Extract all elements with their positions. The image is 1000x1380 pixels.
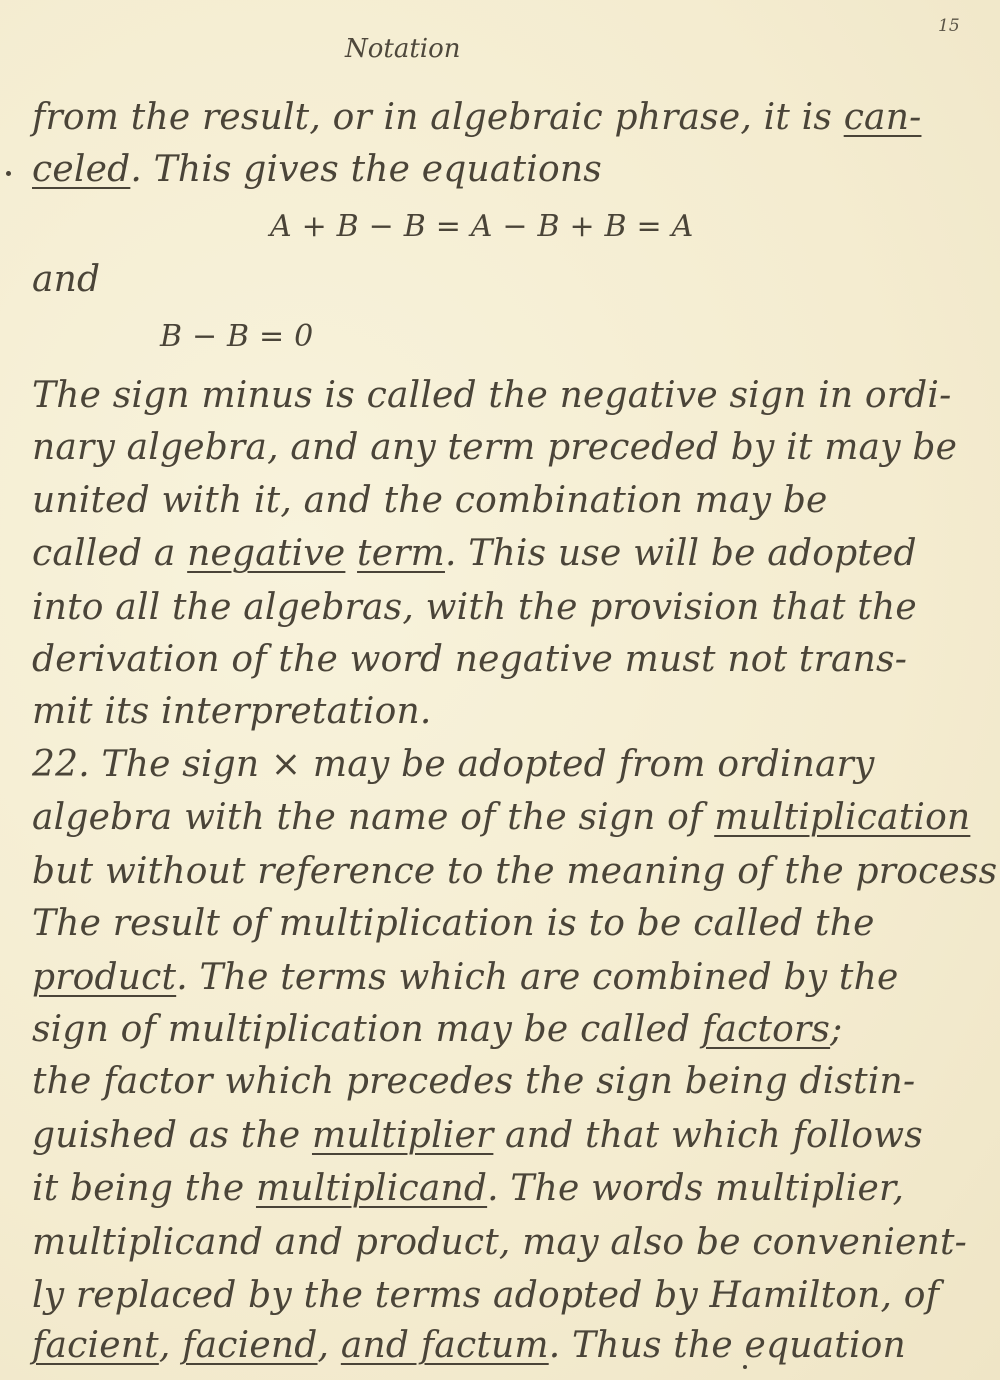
text-span: called a [32, 533, 187, 574]
text-line: from the result, or in algebraic phrase,… [32, 100, 921, 136]
text-line: celed. This gives the equations [32, 152, 602, 188]
text-line: but without reference to the meaning of … [32, 854, 1000, 890]
text-span: into all the algebras, with the provisio… [32, 587, 917, 628]
underlined-term: multiplier [312, 1115, 493, 1156]
underlined-term: facient [32, 1325, 159, 1366]
text-span: nary algebra, and any term preceded by i… [32, 427, 957, 468]
margin-mark [6, 171, 11, 176]
text-span: ; [830, 1009, 842, 1050]
text-line: multiplicand and product, may also be co… [32, 1225, 967, 1261]
text-span: , [159, 1325, 182, 1366]
text-span: multiplicand and product, may also be co… [32, 1222, 967, 1263]
text-span: algebra with the name of the sign of [32, 797, 714, 838]
page-heading: Notation [345, 34, 461, 64]
text-span: united with it, and the combination may … [32, 480, 828, 521]
text-line: 22. The sign × may be adopted from ordin… [32, 747, 875, 783]
equation-line: B − B = 0 [160, 322, 313, 352]
text-span: A + B − B = A − B + B = A [270, 209, 693, 244]
text-span: ly replaced by the terms adopted by Hami… [32, 1275, 939, 1316]
text-span: derivation of the word negative must not… [32, 639, 907, 680]
text-line: mit its interpretation. [32, 694, 432, 730]
text-line: The sign minus is called the negative si… [32, 378, 952, 414]
text-line: The result of multiplication is to be ca… [32, 906, 875, 942]
text-span: but without reference to the meaning of … [32, 851, 1000, 892]
text-line: the factor which precedes the sign being… [32, 1064, 915, 1100]
text-line: facient, faciend, and factum. Thus the e… [32, 1328, 906, 1364]
text-line: ly replaced by the terms adopted by Hami… [32, 1278, 939, 1314]
underlined-term: multiplication [714, 797, 970, 838]
text-span: it being the [32, 1168, 256, 1209]
text-line: united with it, and the combination may … [32, 483, 828, 519]
text-line: product. The terms which are combined by… [32, 960, 898, 996]
text-span: The result of multiplication is to be ca… [32, 903, 875, 944]
underlined-term: can- [844, 97, 922, 138]
ink-speck [743, 1365, 747, 1369]
text-span: and [32, 259, 100, 300]
underlined-term: term [357, 533, 445, 574]
text-span: The sign minus is called the negative si… [32, 375, 952, 416]
text-span: , [318, 1325, 341, 1366]
text-span: . This use will be adopted [445, 533, 917, 574]
text-span [345, 533, 357, 574]
text-span: . The words multiplier, [487, 1168, 904, 1209]
text-span: and that which follows [493, 1115, 923, 1156]
text-span: guished as the [32, 1115, 312, 1156]
text-span: mit its interpretation. [32, 691, 432, 732]
text-span: from the result, or in algebraic phrase,… [32, 97, 844, 138]
text-line: algebra with the name of the sign of mul… [32, 800, 970, 836]
underlined-term: negative [187, 533, 345, 574]
text-span: . The terms which are combined by the [176, 957, 898, 998]
underlined-term: product [32, 957, 176, 998]
text-span: the factor which precedes the sign being… [32, 1061, 915, 1102]
text-span: . This gives the equations [130, 149, 602, 190]
text-line: it being the multiplicand. The words mul… [32, 1171, 904, 1207]
text-line: derivation of the word negative must not… [32, 642, 907, 678]
text-line: called a negative term. This use will be… [32, 536, 917, 572]
underlined-term: celed [32, 149, 130, 190]
text-line: into all the algebras, with the provisio… [32, 590, 917, 626]
underlined-term: multiplicand [256, 1168, 487, 1209]
text-span: B − B = 0 [160, 319, 313, 354]
text-line: sign of multiplication may be called fac… [32, 1012, 842, 1048]
underlined-term: and factum [341, 1325, 549, 1366]
underlined-term: faciend [182, 1325, 317, 1366]
text-span: sign of multiplication may be called [32, 1009, 702, 1050]
equation-line: A + B − B = A − B + B = A [270, 212, 693, 242]
underlined-term: factors [702, 1009, 830, 1050]
text-span: 22. The sign × may be adopted from ordin… [32, 744, 875, 785]
text-line: nary algebra, and any term preceded by i… [32, 430, 957, 466]
text-span: . Thus the equation [549, 1325, 906, 1366]
text-line: and [32, 262, 100, 298]
page-number: 15 [938, 16, 960, 36]
text-line: guished as the multiplier and that which… [32, 1118, 923, 1154]
